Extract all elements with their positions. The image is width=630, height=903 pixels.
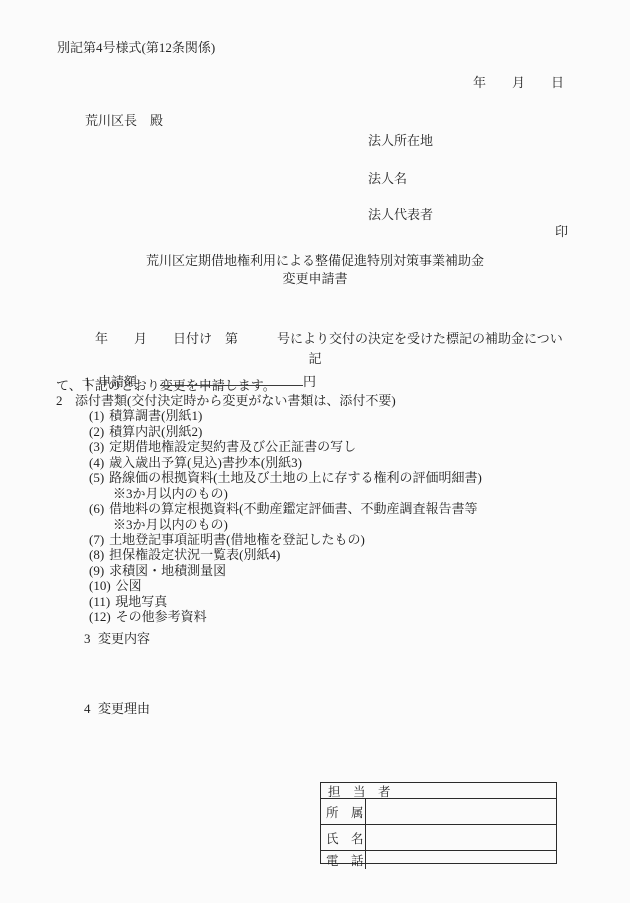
attachment-item: (2) 積算内訳(別紙2) (56, 424, 596, 439)
item-number-2: 2 (56, 393, 70, 408)
record-mark: 記 (0, 348, 630, 367)
attachment-item: (1) 積算調書(別紙1) (56, 408, 596, 423)
addressee: 荒川区長 殿 (85, 110, 163, 129)
attachment-text: 現地写真 (115, 594, 167, 609)
department-value-cell (366, 799, 556, 824)
phone-label: 電 話 (321, 851, 366, 869)
attachment-item: (5) 路線価の根拠資料(土地及び土地の上に存する権利の評価明細書) (56, 470, 596, 485)
attachment-no: (4) (89, 455, 104, 470)
attachment-no: (3) (89, 439, 104, 454)
attachment-no: (1) (89, 408, 104, 423)
phone-value-cell (366, 851, 556, 869)
attachment-text: 歳入歳出予算(見込)書抄本(別紙3) (109, 455, 302, 470)
change-details-label: 変更内容 (98, 628, 150, 647)
form-code: 別記第4号様式(第12条関係) (57, 37, 215, 56)
attachment-item: (4) 歳入歳出予算(見込)書抄本(別紙3) (56, 455, 596, 470)
attachment-text: 路線価の根拠資料(土地及び土地の上に存する権利の評価明細書) (109, 470, 482, 485)
attachment-text: 定期借地権設定契約書及び公正証書の写し (109, 439, 356, 454)
change-details-heading: 3 変更内容 (84, 628, 150, 647)
application-amount-label: 申請額 (98, 371, 137, 390)
attachment-text: 土地登記事項証明書(借地権を登記したもの) (109, 532, 365, 547)
attachment-item: (10) 公図 (56, 578, 596, 593)
attachment-item: (6) 借地料の算定根拠資料(不動産鑑定評価書、不動産調査報告書等 (56, 501, 596, 516)
attachment-item: (11) 現地写真 (56, 594, 596, 609)
attachment-no: (8) (89, 547, 104, 562)
attachment-item: (7) 土地登記事項証明書(借地権を登記したもの) (56, 532, 596, 547)
change-reason-label: 変更理由 (98, 698, 150, 717)
date-line: 年 月 日 (473, 72, 564, 91)
attachment-no: (5) (89, 470, 104, 485)
document-title: 荒川区定期借地権利用による整備促進特別対策事業補助金 (0, 250, 630, 269)
attachment-no: (10) (89, 578, 111, 593)
attachment-text: その他参考資料 (116, 609, 207, 624)
application-amount-row: 1 申請額 円 (84, 371, 316, 390)
item-number-1: 1 (84, 374, 98, 390)
contact-row-name: 氏 名 (321, 825, 556, 851)
corporate-representative-label: 法人代表者 (368, 204, 433, 223)
attachment-no: (12) (89, 609, 111, 624)
attachment-no: (6) (89, 501, 104, 516)
attachment-text: 担保権設定状況一覧表(別紙4) (109, 547, 280, 562)
department-label: 所 属 (321, 799, 366, 824)
contact-row-phone: 電 話 (321, 851, 556, 869)
attachment-text: 積算内訳(別紙2) (109, 424, 202, 439)
attachment-note: ※3か月以内のもの) (56, 517, 596, 532)
attachment-no: (7) (89, 532, 104, 547)
attachment-note: ※3か月以内のもの) (56, 486, 596, 501)
amount-blank-underline (160, 372, 303, 386)
item-number-3: 3 (84, 631, 98, 647)
item-number-4: 4 (84, 701, 98, 717)
attached-documents-section: 2 添付書類(交付決定時から変更がない書類は、添付不要) (1) 積算調書(別紙… (56, 393, 596, 625)
contact-table-header: 担 当 者 (321, 783, 556, 799)
attachment-text: 借地料の算定根拠資料(不動産鑑定評価書、不動産調査報告書等 (109, 501, 477, 516)
yen-unit-label: 円 (303, 371, 316, 390)
attachment-no: (11) (89, 594, 110, 609)
contact-row-department: 所 属 (321, 799, 556, 825)
attachment-text: 求積図・地積測量図 (109, 563, 226, 578)
name-label: 氏 名 (321, 825, 366, 850)
attachment-item: (12) その他参考資料 (56, 609, 596, 624)
name-value-cell (366, 825, 556, 850)
form-page: 別記第4号様式(第12条関係) 年 月 日 荒川区長 殿 法人所在地 法人名 法… (0, 0, 630, 903)
contact-table: 担 当 者 所 属 氏 名 電 話 (320, 782, 557, 864)
document-subtitle: 変更申請書 (0, 268, 630, 287)
attachment-item: (3) 定期借地権設定契約書及び公正証書の写し (56, 439, 596, 454)
attachment-text: 積算調書(別紙1) (109, 408, 202, 423)
attachment-item: (9) 求積図・地積測量図 (56, 563, 596, 578)
body-line-1: 年 月 日付け 第 号により交付の決定を受けた標記の補助金につい (56, 331, 563, 347)
attached-documents-heading: 2 添付書類(交付決定時から変更がない書類は、添付不要) (56, 393, 596, 408)
seal-mark: 印 (555, 221, 568, 240)
contact-table-header-label: 担 当 者 (328, 782, 391, 800)
attachment-no: (9) (89, 563, 104, 578)
attachment-item: (8) 担保権設定状況一覧表(別紙4) (56, 547, 596, 562)
attachment-text: 公図 (116, 578, 142, 593)
corporate-name-label: 法人名 (368, 168, 407, 187)
attached-documents-heading-text: 添付書類(交付決定時から変更がない書類は、添付不要) (75, 393, 396, 408)
corporate-address-label: 法人所在地 (368, 130, 433, 149)
attachment-no: (2) (89, 424, 104, 439)
change-reason-heading: 4 変更理由 (84, 698, 150, 717)
